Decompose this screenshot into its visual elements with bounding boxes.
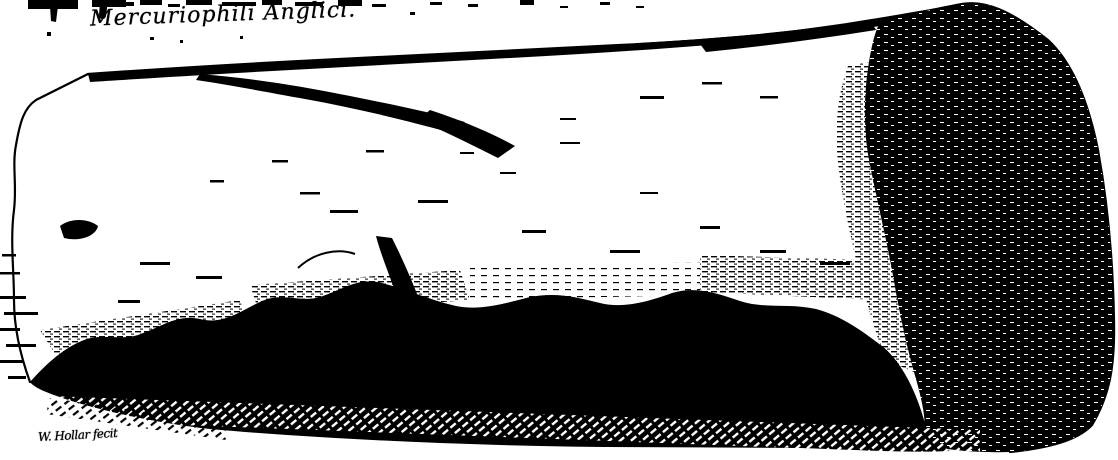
etching-plate: Mercuriophili Anglici. W. Hollar fecit (0, 0, 1118, 460)
ridge-thick-right (700, 20, 876, 52)
shadow-hatch-patch-c (470, 262, 700, 300)
shadow-hatch-patch-d (700, 255, 880, 300)
stone-etching (0, 0, 1118, 460)
arc-contour-line (298, 251, 355, 268)
ridge-shadow-wedge-mid (418, 110, 515, 158)
ridge-shadow-wedge-left (196, 74, 465, 132)
left-edge-hatch-marks (0, 254, 38, 379)
